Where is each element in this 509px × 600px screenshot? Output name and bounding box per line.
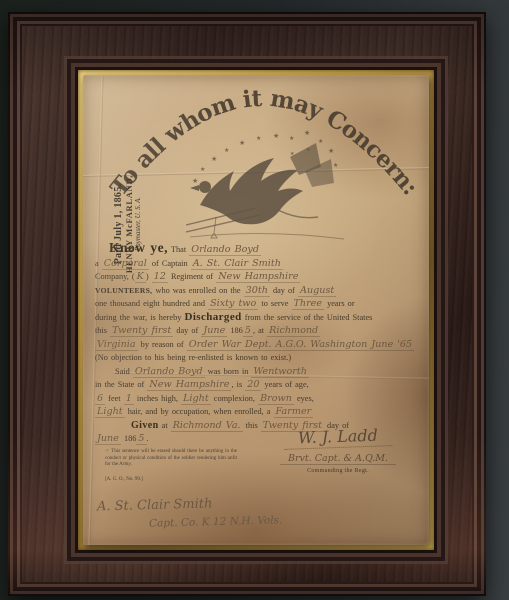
svg-text:★: ★ [289, 135, 294, 142]
body-line: Said Orlando Boyd was born in Wentworth [95, 365, 423, 379]
handwritten-fill: 30th [244, 285, 270, 297]
svg-text:★: ★ [273, 132, 279, 140]
handwritten-fill: 5 [243, 325, 253, 337]
printed-text: (No objection to his being re-enlisted i… [95, 353, 291, 362]
printed-text: years or [324, 299, 355, 308]
body-line: in the State of New Hampshire, is 20 yea… [95, 378, 423, 392]
certificate-paper: To all whom it may Concern: ★★ ★★ ★★ ★★ … [83, 75, 429, 545]
printed-text: feet [105, 394, 124, 403]
certificate-body: Know ye, That Orlando Boyda Corporal of … [95, 241, 423, 446]
printed-text: , is [231, 380, 245, 389]
printed-text: who was enrolled on the [152, 286, 243, 295]
inscription-name: A. St. Clair Smith [97, 495, 283, 515]
svg-text:★: ★ [192, 177, 198, 185]
printed-text: this [95, 326, 110, 335]
handwritten-fill: June [95, 433, 121, 445]
printed-text: Company, ( [95, 272, 135, 281]
handwritten-fill: Orlando Boyd [133, 366, 205, 378]
body-line: 6 feet 1 inches high, Light complexion, … [95, 392, 423, 406]
printed-text: at [159, 421, 171, 430]
handwritten-fill: Corporal [102, 258, 149, 270]
printed-text: 186 [121, 434, 137, 443]
printed-text: eyes, [294, 394, 314, 403]
body-line: Know ye, That Orlando Boyd [95, 241, 423, 257]
handwritten-fill: Wentworth [251, 366, 308, 378]
printed-text: inches high, [134, 394, 181, 403]
handwritten-fill: Light [181, 393, 211, 405]
handwritten-fill: New Hampshire [216, 271, 300, 283]
printed-text: years of age, [261, 380, 308, 389]
fine-print-block: ☞ This sentence will be erased should th… [105, 449, 237, 482]
signature-name: W. J. Ladd [284, 425, 392, 450]
printed-text: Discharged [184, 311, 241, 323]
svg-text:★: ★ [239, 139, 245, 147]
printed-text: hair, and by occupation, when enrolled, … [125, 407, 274, 416]
handwritten-fill: New Hampshire [147, 379, 231, 391]
signature-title-printed: Commanding the Regt. [259, 468, 417, 474]
printed-text: from the service of the United States [242, 313, 373, 322]
printed-text: day of [173, 326, 201, 335]
handwritten-fill: Sixty two [208, 298, 258, 310]
body-line: a Corporal of Captain A. St. Clair Smith [95, 257, 423, 271]
body-line: Company, (K) 12 Regiment of New Hampshir… [95, 270, 423, 284]
handwritten-fill: 6 [95, 393, 105, 405]
gold-liner: To all whom it may Concern: ★★ ★★ ★★ ★★ … [78, 70, 434, 550]
printed-text: to serve [258, 299, 291, 308]
handwritten-fill: 12 [152, 271, 168, 283]
fine-print-note: ☞ This sentence will be erased should th… [105, 449, 237, 469]
handwritten-fill: 5 [136, 433, 146, 445]
printed-text: during the war, is hereby [95, 313, 184, 322]
printed-text: , at [253, 326, 267, 335]
svg-text:★: ★ [333, 162, 338, 169]
handwritten-fill: Orlando Boyd [189, 244, 261, 256]
handwritten-fill: A. St. Clair Smith [191, 258, 283, 270]
handwritten-fill: Virginia [95, 339, 138, 351]
body-line: Light hair, and by occupation, when enro… [95, 405, 423, 419]
body-line: this Twenty first day of June 1865, at R… [95, 324, 423, 338]
svg-text:★: ★ [304, 129, 310, 137]
printed-text: . [147, 434, 149, 443]
printed-text: a [95, 259, 102, 268]
body-line: Virginia by reason of Order War Dept. A.… [95, 338, 423, 352]
signature-title-handwritten: Brvt. Capt. & A.Q.M. [280, 453, 396, 465]
fine-print-reference: [A. G. O., No. 99.] [105, 477, 237, 482]
photo-background: To all whom it may Concern: ★★ ★★ ★★ ★★ … [0, 0, 509, 600]
svg-text:★: ★ [211, 155, 217, 163]
printed-text: Said [115, 367, 133, 376]
eagle-engraving-icon: ★★ ★★ ★★ ★★ ★★ ★★ ★★ [178, 125, 358, 250]
printed-text: in the State of [95, 380, 147, 389]
handwritten-fill: Farmer [274, 406, 314, 418]
wood-frame: To all whom it may Concern: ★★ ★★ ★★ ★★ … [8, 12, 486, 596]
printed-text: Know ye, [109, 240, 168, 255]
printed-text: Given [131, 420, 159, 431]
eagle-body [186, 143, 344, 239]
handwritten-fill: Light [95, 406, 125, 418]
handwritten-fill: K [135, 271, 146, 283]
handwritten-fill: Three [292, 298, 325, 310]
svg-text:★: ★ [318, 138, 323, 145]
handwritten-fill: 1 [124, 393, 134, 405]
body-line: (No objection to his being re-enlisted i… [95, 351, 423, 365]
bottom-inscription: A. St. Clair Smith Capt. Co. K 12 N.H. V… [97, 497, 282, 528]
handwritten-fill: Richmond Va. [171, 420, 243, 432]
body-line: VOLUNTEERS, who was enrolled on the 30th… [95, 284, 423, 298]
printed-text: 186 [227, 326, 243, 335]
handwritten-fill: August [298, 285, 336, 297]
printed-text: VOLUNTEERS, [95, 286, 152, 295]
printed-text: was born in [205, 367, 252, 376]
signature-block: W. J. Ladd Brvt. Capt. & A.Q.M. Commandi… [259, 427, 417, 474]
printed-text: of Captain [149, 259, 191, 268]
handwritten-fill: Brown [258, 393, 294, 405]
body-line: one thousand eight hundred and Sixty two… [95, 297, 423, 311]
printed-text: by reason of [138, 340, 187, 349]
handwritten-fill: Richmond [267, 325, 320, 337]
handwritten-fill: Twenty first [110, 325, 173, 337]
inscription-unit: Capt. Co. K 12 N.H. Vols. [149, 514, 283, 529]
handwritten-fill: Order War Dept. A.G.O. Washington June '… [187, 339, 414, 351]
svg-text:★: ★ [256, 135, 261, 142]
handwritten-fill: June [201, 325, 227, 337]
printed-text: day of [270, 286, 298, 295]
printed-text: Regiment of [168, 272, 216, 281]
handwritten-fill: 20 [245, 379, 261, 391]
printed-text: ) [146, 272, 152, 281]
printed-text: complexion, [211, 394, 258, 403]
printed-text: That [168, 245, 189, 254]
svg-text:★: ★ [328, 147, 334, 155]
printed-text: one thousand eight hundred and [95, 299, 208, 308]
svg-text:★: ★ [200, 166, 205, 173]
svg-text:★: ★ [224, 147, 229, 154]
body-line: during the war, is hereby Discharged fro… [95, 311, 423, 325]
